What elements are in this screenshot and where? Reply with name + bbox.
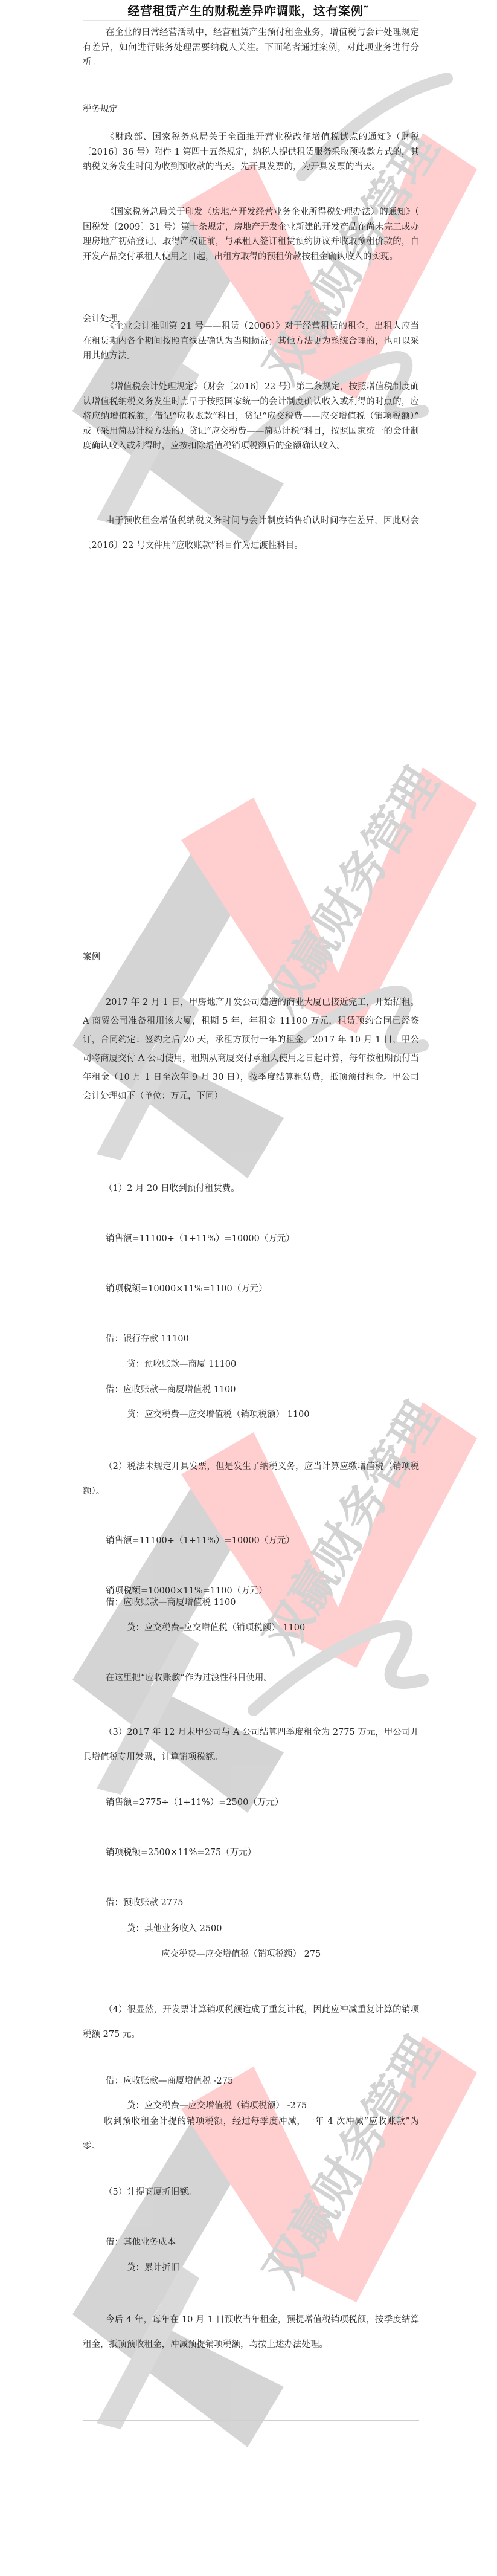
title-divider [83,20,419,21]
journal-debit: 借：应收账款—商厦增值税 -275 [106,2075,233,2087]
journal-debit: 借：应收账款—商厦增值税 1100 [106,1384,236,1396]
journal-debit: 借：应收账款—商厦增值税 1100 [106,1596,236,1609]
accounting-paragraph-3: 由于预收租金增值税纳税义务时间与会计制度销售确认时间存在差异，因此财会〔2016… [83,509,419,558]
step-2-title: （2）税法未规定开具发票，但是发生了纳税义务，应当计算应缴增值税（销项税额）。 [83,1454,419,1504]
journal-debit: 借：银行存款 11100 [106,1333,189,1345]
case-paragraph-1: 2017 年 2 月 1 日，甲房地产开发公司建造的商业大厦已接近完工，开始招租… [83,993,419,1106]
svg-text:双赢财务管理: 双赢财务管理 [254,758,449,1027]
step-4-title: （4）很显然，开发票计算销项税额造成了重复计税，因此应冲减重复计算的销项税额 2… [83,1998,419,2047]
step-3-tax-calc: 销项税额=2500×11%=275（万元） [106,1847,256,1859]
accounting-paragraph-2: 《增值税会计处理规定》（财会〔2016〕22 号）第二条规定，按照增值税制度确认… [83,379,419,454]
section-heading-tax: 税务规定 [83,103,118,115]
section-heading-case: 案例 [83,951,100,963]
step-4-note: 收到预收租金计提的销项税额，经过每季度冲减，一年 4 次冲减“应收账款”为零。 [83,2110,419,2159]
watermark-logo-icon: 双赢财务管理 [0,659,497,1293]
step-3-title: （3）2017 年 12 月末甲公司与 A 公司结算四季度租金为 2775 万元… [83,1720,419,1770]
step-2-tax-calc: 销项税额=10000×11%=1100（万元） [106,1585,268,1597]
journal-credit: 贷：应交税费–应交增值税（销项税额） 1100 [127,1622,305,1634]
step-1-tax-calc: 销项税额=10000×11%=1100（万元） [106,1283,268,1295]
svg-text:双赢财务管理: 双赢财务管理 [254,2027,449,2296]
journal-credit: 贷：预收账款—商厦 11100 [127,1358,236,1370]
journal-debit: 借：其他业务成本 [106,2236,176,2248]
conclusion-paragraph: 今后 4 年，每年在 10 月 1 日预收当年租金，预提增值税销项税额，按季度结… [83,2308,419,2357]
step-1-title: （1）2 月 20 日收到预付租赁费。 [104,1183,240,1195]
journal-credit-continued: 应交税费—应交增值税（销项税额） 275 [161,1948,321,1960]
journal-credit: 贷：累计折旧 [127,2262,179,2274]
journal-debit: 借：预收账款 2775 [106,1897,184,1909]
tax-paragraph-2: 《国家税务总局关于印发〈房地产开发经营业务企业所得税处理办法〉的通知》（ 国税发… [83,205,419,264]
accounting-paragraph-1: 《企业会计准则第 21 号——租赁（2006）》对于经营租赁的租金，出租人应当在… [83,319,419,364]
step-2-sales-calc: 销售额=11100÷（1+11%）=10000（万元） [106,1535,295,1547]
watermark-logo-icon: 双赢财务管理 [0,1293,497,1928]
step-1-sales-calc: 销售额=11100÷（1+11%）=10000（万元） [106,1233,295,1245]
footer-divider [83,2420,419,2421]
tax-paragraph-1: 《财政部、国家税务总局关于全面推开营业税改征增值税试点的通知》（财税〔2016〕… [83,130,419,175]
article-title: 经营租赁产生的财税差异咋调账，这有案例˜ [0,2,497,19]
journal-credit: 贷：其他业务收入 2500 [127,1923,222,1935]
step-3-sales-calc: 销售额=2775÷（1+11%）=2500（万元） [106,1796,283,1809]
journal-credit: 贷：应交税费—应交增值税（销项税额） 1100 [127,1409,310,1421]
intro-paragraph: 在企业的日常经营活动中，经营租赁产生预付租金业务，增值税与会计处理规定有差异，如… [83,25,419,70]
step-5-title: （5）计提商厦折旧额。 [104,2186,197,2198]
step-2-note: 在这里把“应收账款”作为过渡性科目使用。 [106,1672,272,1684]
